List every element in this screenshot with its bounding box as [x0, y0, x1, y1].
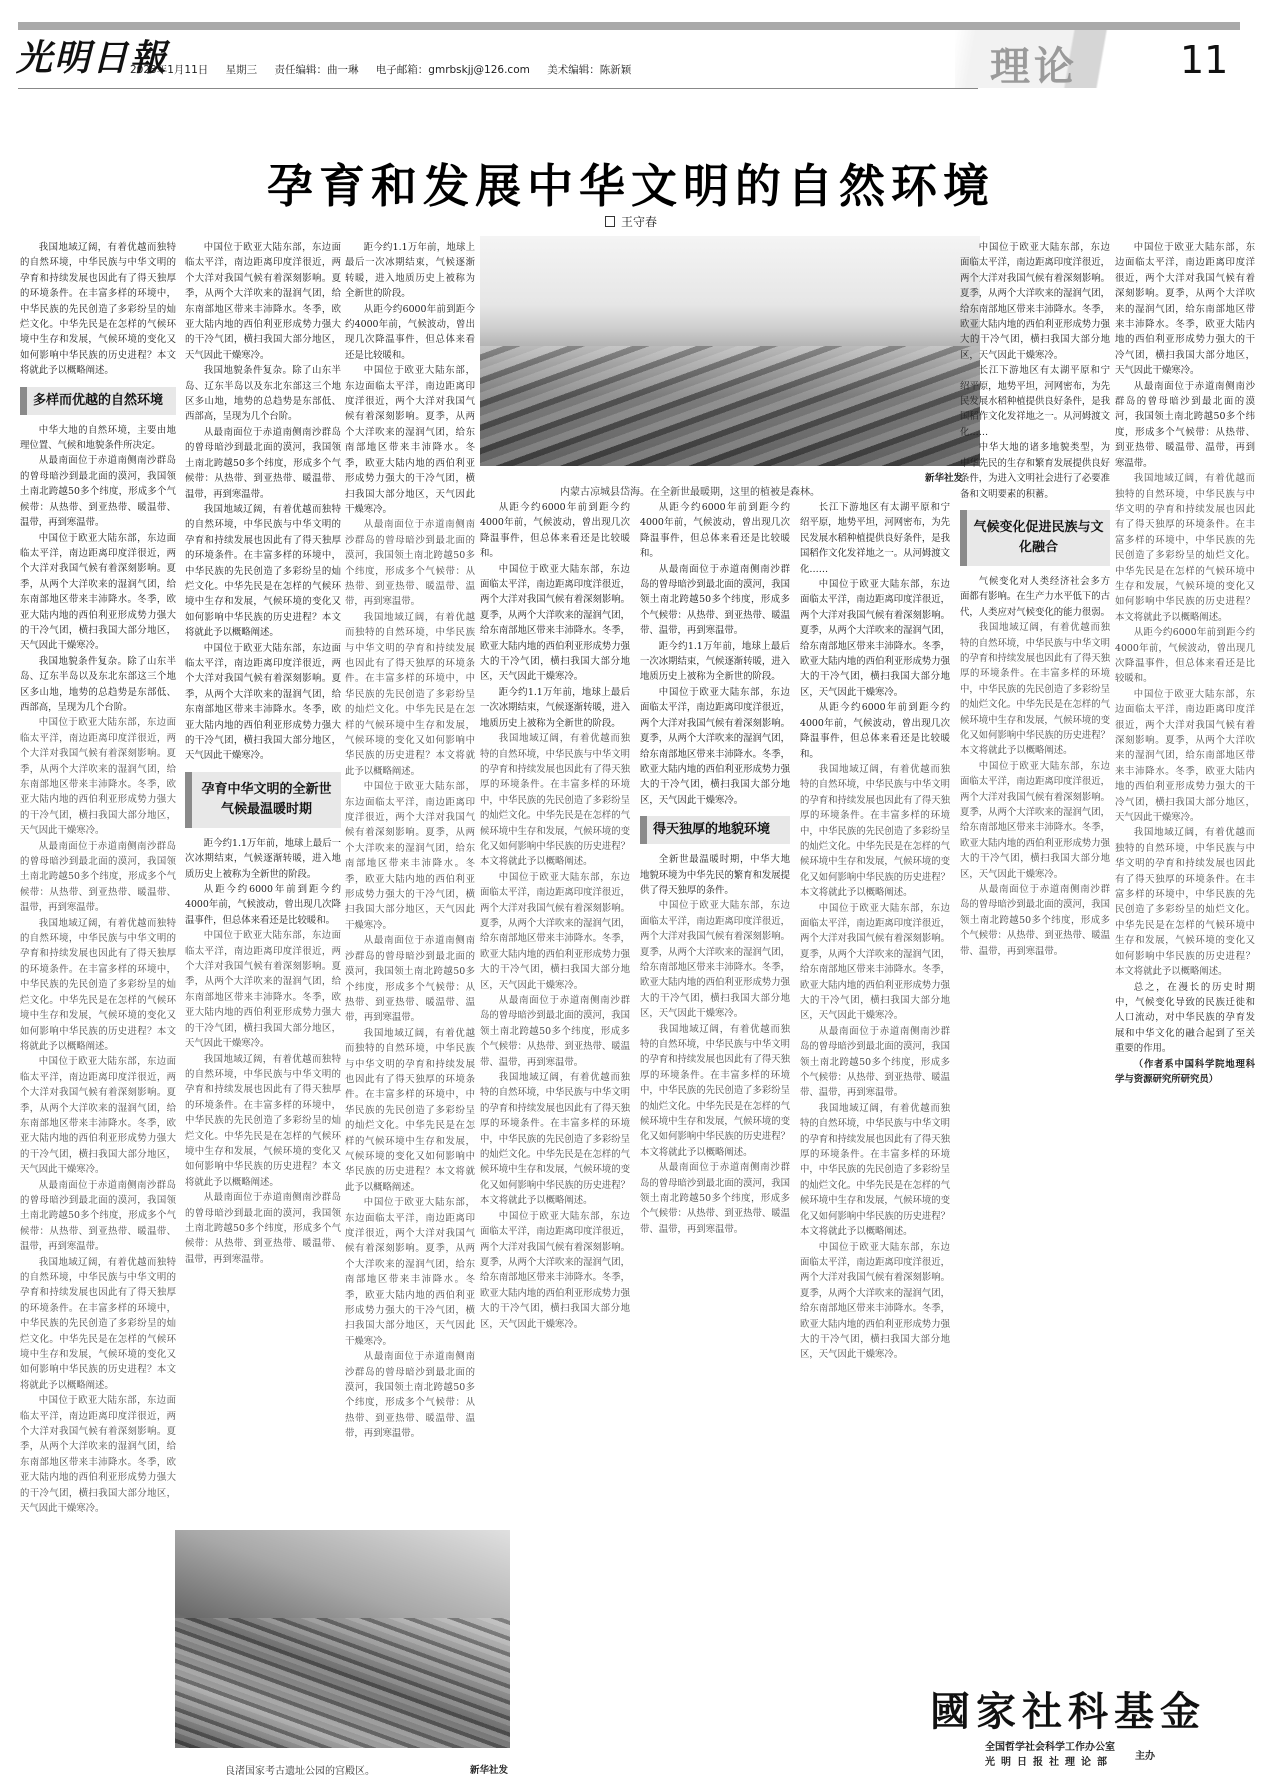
paragraph: 距今约1.1万年前，地球上最后一次冰期结束，气候逐渐转暖，进入地质历史上被称为全…: [480, 685, 630, 731]
issue-weekday: 星期三: [226, 64, 258, 76]
paragraph: 中国位于欧亚大陆东部，东边面临太平洋，南边距离印度洋很近，两个大洋对我国气候有着…: [640, 898, 790, 1021]
paragraph: 中国位于欧亚大陆东部，东边面临太平洋，南边距离印度洋很近，两个大洋对我国气候有着…: [800, 901, 950, 1024]
sponsor-logo: 國家社科基金: [930, 1680, 1206, 1737]
header-divider: [18, 88, 978, 89]
paragraph: 中国位于欧亚大陆东部，东边面临太平洋，南边距离印度洋很近，两个大洋对我国气候有着…: [800, 1240, 950, 1363]
editor-email: 电子邮箱：gmrbskjj@126.com: [376, 64, 530, 76]
paragraph: 我国地域辽阔，有着优越而独特的自然环境，中华民族与中华文明的孕育和持续发展也因此…: [345, 610, 475, 779]
paragraph: 气候变化对人类经济社会多方面都有影响。在生产力水平低下的古代，人类应对气候变化的…: [960, 574, 1110, 620]
paragraph: 我国地域辽阔，有着优越而独特的自然环境，中华民族与中华文明的孕育和持续发展也因此…: [185, 502, 341, 641]
paragraph: 中国位于欧亚大陆东部，东边面临太平洋，南边距离印度洋很近，两个大洋对我国气候有着…: [20, 1054, 176, 1177]
masthead-rule: [18, 22, 1240, 30]
paragraph: 中国位于欧亚大陆东部，东边面临太平洋，南边距离印度洋很近，两个大洋对我国气候有着…: [960, 240, 1110, 363]
paragraph: 中国位于欧亚大陆东部，东边面临太平洋，南边距离印度洋很近，两个大洋对我国气候有着…: [20, 1393, 176, 1516]
text-column-1: 我国地域辽阔，有着优越而独特的自然环境，中华民族与中华文明的孕育和持续发展也因此…: [20, 240, 176, 1780]
text-column-7: 中国位于欧亚大陆东部，东边面临太平洋，南边距离印度洋很近，两个大洋对我国气候有着…: [960, 240, 1110, 1670]
paragraph: 我国地域辽阔，有着优越而独特的自然环境，中华民族与中华文明的孕育和持续发展也因此…: [1115, 471, 1255, 625]
paragraph: 中国位于欧亚大陆东部，东边面临太平洋，南边距离印度洋很近，两个大洋对我国气候有着…: [1115, 240, 1255, 379]
text-column-8: 中国位于欧亚大陆东部，东边面临太平洋，南边距离印度洋很近，两个大洋对我国气候有着…: [1115, 240, 1255, 1670]
paragraph: 我国地域辽阔，有着优越而独特的自然环境，中华民族与中华文明的孕育和持续发展也因此…: [800, 762, 950, 901]
paragraph: 从最南面位于赤道南侧南沙群岛的曾母暗沙到最北面的漠河，我国领土南北跨越50多个纬…: [640, 1160, 790, 1237]
sponsor-org-1: 全国哲学社会科学工作办公室: [985, 1740, 1115, 1755]
art-editor: 美术编辑：陈新颖: [547, 64, 631, 76]
paragraph: 我国地域辽阔，有着优越而独特的自然环境，中华民族与中华文明的孕育和持续发展也因此…: [640, 1022, 790, 1161]
photo-fields-texture: [480, 346, 980, 466]
paragraph: 从最南面位于赤道南侧南沙群岛的曾母暗沙到最北面的漠河，我国领土南北跨越50多个纬…: [480, 993, 630, 1070]
paragraph: 从距今约6000年前到距今约4000年前，气候波动，曾出现几次降温事件，但总体来…: [1115, 625, 1255, 687]
section-name: 理论: [990, 35, 1078, 92]
paragraph: 距今约1.1万年前，地球上最后一次冰期结束，气候逐渐转暖，进入地质历史上被称为全…: [640, 639, 790, 685]
sponsor-orgs: 全国哲学社会科学工作办公室 光明日报社理论部: [985, 1740, 1115, 1770]
paragraph: 中国位于欧亚大陆东部，东边面临太平洋，南边距离印度洋很近，两个大洋对我国气候有着…: [185, 928, 341, 1051]
masthead-info: 2023年1月11日 星期三 责任编辑：曲一琳 电子邮箱：gmrbskjj@12…: [130, 62, 645, 77]
paragraph: 中国位于欧亚大陆东部，东边面临太平洋，南边距离印度洋很近，两个大洋对我国气候有着…: [20, 531, 176, 654]
paragraph: 从最南面位于赤道南侧南沙群岛的曾母暗沙到最北面的漠河，我国领土南北跨越50多个纬…: [345, 933, 475, 1025]
responsible-editor: 责任编辑：曲一琳: [274, 64, 358, 76]
paragraph: 从最南面位于赤道南侧南沙群岛的曾母暗沙到最北面的漠河，我国领土南北跨越50多个纬…: [20, 839, 176, 916]
section-heading-1: 多样而优越的自然环境: [20, 387, 176, 415]
paragraph: 中国位于欧亚大陆东部，东边面临太平洋，南边距离印度洋很近，两个大洋对我国气候有着…: [345, 1195, 475, 1349]
sponsor-role: 主办: [1135, 1747, 1155, 1762]
photo-fields-texture: [175, 1618, 510, 1748]
photo-daihai-lake: [480, 236, 980, 466]
paragraph: 我国地域辽阔，有着优越而独特的自然环境，中华民族与中华文明的孕育和持续发展也因此…: [345, 1026, 475, 1195]
paragraph: 我国地域辽阔，有着优越而独特的自然环境，中华民族与中华文明的孕育和持续发展也因此…: [480, 1070, 630, 1209]
paragraph: 中国位于欧亚大陆东部，东边面临太平洋，南边距离印度洋很近，两个大洋对我国气候有着…: [960, 759, 1110, 882]
paragraph: 我国地域辽阔，有着优越而独特的自然环境，中华民族与中华文明的孕育和持续发展也因此…: [185, 1052, 341, 1191]
paragraph: 我国地域辽阔，有着优越而独特的自然环境，中华民族与中华文明的孕育和持续发展也因此…: [1115, 825, 1255, 979]
paragraph: 从最南面位于赤道南侧南沙群岛的曾母暗沙到最北面的漠河，我国领土南北跨越50多个纬…: [960, 882, 1110, 959]
text-column-5: 从距今约6000年前到距今约4000年前，气候波动，曾出现几次降温事件，但总体来…: [640, 500, 790, 1790]
page-number: 11: [1180, 38, 1228, 82]
issue-date: 2023年1月11日: [130, 64, 208, 76]
paragraph: 从最南面位于赤道南侧南沙群岛的曾母暗沙到最北面的漠河，我国领土南北跨越50多个纬…: [345, 1349, 475, 1441]
article-title: 孕育和发展中华文明的自然环境: [0, 150, 1262, 216]
paragraph: 中国位于欧亚大陆东部，东边面临太平洋，南边距离印度洋很近，两个大洋对我国气候有着…: [480, 870, 630, 993]
paragraph: 长江下游地区有太湖平原和宁绍平原，地势平坦，河网密布，为先民发展水稻种植提供良好…: [960, 363, 1110, 440]
author-note: （作者系中国科学院地理科学与资源研究所研究员）: [1115, 1057, 1255, 1088]
paragraph: 中国位于欧亚大陆东部，东边面临太平洋，南边距离印度洋很近，两个大洋对我国气候有着…: [640, 685, 790, 808]
section-heading-3: 得天独厚的地貌环境: [640, 816, 790, 844]
paragraph: 中国位于欧亚大陆东部，东边面临太平洋，南边距离印度洋很近，两个大洋对我国气候有着…: [185, 641, 341, 764]
paragraph: 我国地域辽阔，有着优越而独特的自然环境，中华民族与中华文明的孕育和持续发展也因此…: [20, 916, 176, 1055]
section-heading-2: 孕育中华文明的全新世气候最温暖时期: [185, 772, 341, 828]
sponsor-org-2: 光明日报社理论部: [985, 1755, 1115, 1770]
paragraph: 从距今约6000年前到距今约4000年前，气候波动，曾出现几次降温事件，但总体来…: [480, 500, 630, 562]
paragraph: 我国地域辽阔，有着优越而独特的自然环境，中华民族与中华文明的孕育和持续发展也因此…: [960, 620, 1110, 759]
author-name: 王守春: [621, 215, 657, 229]
text-column-2: 中国位于欧亚大陆东部，东边面临太平洋，南边距离印度洋很近，两个大洋对我国气候有着…: [185, 240, 341, 1530]
paragraph: 从最南面位于赤道南侧南沙群岛的曾母暗沙到最北面的漠河，我国领土南北跨越50多个纬…: [800, 1024, 950, 1101]
paragraph: 中国位于欧亚大陆东部，东边面临太平洋，南边距离印度洋很近，两个大洋对我国气候有着…: [800, 577, 950, 700]
paragraph: 距今约1.1万年前，地球上最后一次冰期结束，气候逐渐转暖，进入地质历史上被称为全…: [185, 836, 341, 882]
paragraph: 从距今约6000年前到距今约4000年前，气候波动，曾出现几次降温事件，但总体来…: [345, 302, 475, 364]
paragraph: 中国位于欧亚大陆东部，东边面临太平洋，南边距离印度洋很近，两个大洋对我国气候有着…: [480, 1209, 630, 1332]
paragraph: 中国位于欧亚大陆东部，东边面临太平洋，南边距离印度洋很近，两个大洋对我国气候有着…: [1115, 687, 1255, 826]
paragraph: 从最南面位于赤道南侧南沙群岛的曾母暗沙到最北面的漠河，我国领土南北跨越50多个纬…: [20, 1178, 176, 1255]
paragraph: 从最南面位于赤道南侧南沙群岛的曾母暗沙到最北面的漠河，我国领土南北跨越50多个纬…: [640, 562, 790, 639]
photo-caption-1: 内蒙古凉城县岱海。在全新世最暖期，这里的植被是森林。: [560, 483, 820, 498]
paragraph: 从最南面位于赤道南侧南沙群岛的曾母暗沙到最北面的漠河，我国领土南北跨越50多个纬…: [185, 1190, 341, 1267]
byline: 王守春: [0, 213, 1262, 230]
paragraph: 中国位于欧亚大陆东部，东边面临太平洋，南边距离印度洋很近，两个大洋对我国气候有着…: [480, 562, 630, 685]
text-column-6: 长江下游地区有太湖平原和宁绍平原，地势平坦，河网密布，为先民发展水稻种植提供良好…: [800, 500, 950, 1790]
paragraph: 中国位于欧亚大陆东部，东边面临太平洋，南边距离印度洋很近，两个大洋对我国气候有着…: [345, 779, 475, 933]
paragraph: 长江下游地区有太湖平原和宁绍平原，地势平坦，河网密布，为先民发展水稻种植提供良好…: [800, 500, 950, 577]
paragraph: 我国地域辽阔，有着优越而独特的自然环境，中华民族与中华文明的孕育和持续发展也因此…: [20, 1255, 176, 1394]
paragraph: 中国位于欧亚大陆东部，东边面临太平洋，南边距离印度洋很近，两个大洋对我国气候有着…: [20, 715, 176, 838]
byline-box-icon: [605, 216, 615, 227]
paragraph: 我国地貌条件复杂。除了山东半岛、辽东半岛以及东北东部这三个地区多山地，地势的总趋…: [20, 654, 176, 716]
paragraph: 距今约1.1万年前，地球上最后一次冰期结束，气候逐渐转暖，进入地质历史上被称为全…: [345, 240, 475, 302]
paragraph: 我国地域辽阔，有着优越而独特的自然环境，中华民族与中华文明的孕育和持续发展也因此…: [480, 731, 630, 870]
paragraph: 从距今约6000年前到距今约4000年前，气候波动，曾出现几次降温事件，但总体来…: [185, 882, 341, 928]
intro-paragraph: 我国地域辽阔，有着优越而独特的自然环境，中华民族与中华文明的孕育和持续发展也因此…: [20, 240, 176, 379]
photo-caption-2: 良渚国家考古遗址公园的宫殿区。: [225, 1762, 375, 1777]
section-heading-4: 气候变化促进民族与文化融合: [960, 510, 1110, 566]
paragraph: 全新世最温暖时期，中华大地地貌环境为中华先民的繁育和发展提供了得天独厚的条件。: [640, 852, 790, 898]
paragraph: 中国位于欧亚大陆东部，东边面临太平洋，南边距离印度洋很近，两个大洋对我国气候有着…: [345, 363, 475, 517]
paragraph: 我国地貌条件复杂。除了山东半岛、辽东半岛以及东北东部这三个地区多山地，地势的总趋…: [185, 363, 341, 425]
photo-credit-1: 新华社发: [925, 470, 963, 484]
paragraph: 中华大地的自然环境，主要由地理位置、气候和地貌条件所决定。: [20, 423, 176, 454]
photo-liangzhu-site: [175, 1530, 510, 1748]
paragraph: 我国地域辽阔，有着优越而独特的自然环境，中华民族与中华文明的孕育和持续发展也因此…: [800, 1101, 950, 1240]
paragraph: 从距今约6000年前到距今约4000年前，气候波动，曾出现几次降温事件，但总体来…: [800, 700, 950, 762]
closing-paragraph: 总之，在漫长的历史时期中，气候变化导致的民族迁徙和人口流动，对中华民族的孕育发展…: [1115, 980, 1255, 1057]
paragraph: 从最南面位于赤道南侧南沙群岛的曾母暗沙到最北面的漠河，我国领土南北跨越50多个纬…: [1115, 379, 1255, 471]
paragraph: 从距今约6000年前到距今约4000年前，气候波动，曾出现几次降温事件，但总体来…: [640, 500, 790, 562]
photo-credit-2: 新华社发: [470, 1762, 508, 1776]
paragraph: 从最南面位于赤道南侧南沙群岛的曾母暗沙到最北面的漠河，我国领土南北跨越50多个纬…: [345, 517, 475, 609]
paragraph: 从最南面位于赤道南侧南沙群岛的曾母暗沙到最北面的漠河，我国领土南北跨越50多个纬…: [20, 453, 176, 530]
paragraph: 从最南面位于赤道南侧南沙群岛的曾母暗沙到最北面的漠河，我国领土南北跨越50多个纬…: [185, 425, 341, 502]
paragraph: 中国位于欧亚大陆东部，东边面临太平洋，南边距离印度洋很近，两个大洋对我国气候有着…: [185, 240, 341, 363]
paragraph: 中华大地的诸多地貌类型，为中华先民的生存和繁育发展提供良好条件，为进入文明社会进…: [960, 440, 1110, 502]
